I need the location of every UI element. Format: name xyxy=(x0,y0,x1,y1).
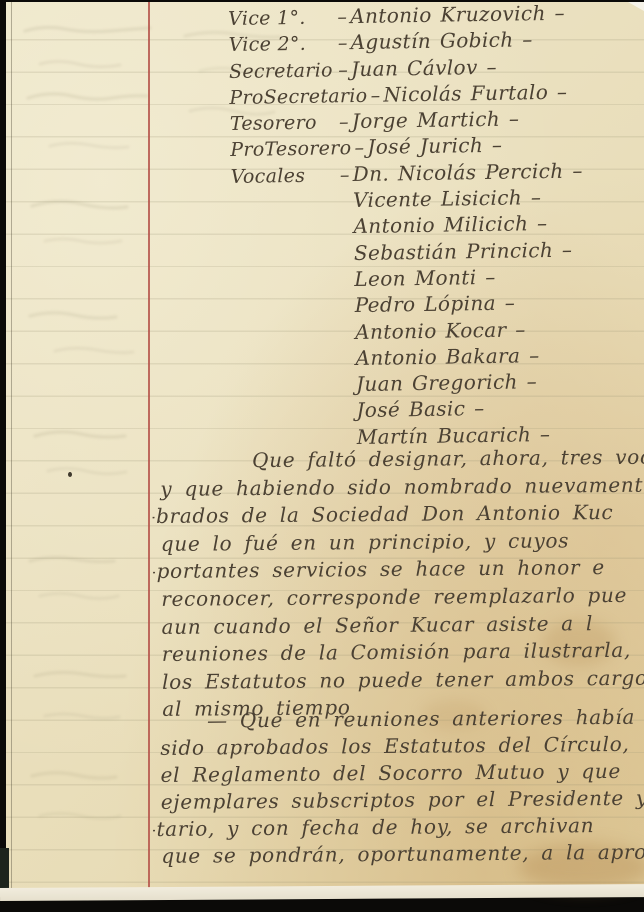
officer-role: ProSecretario xyxy=(229,85,367,109)
paragraph-line: los Estatutos no puede tener ambos cargo xyxy=(162,664,644,696)
spacer xyxy=(232,260,338,262)
vocal-name: Juan Gregorich – xyxy=(356,369,537,396)
role-name-separator: – xyxy=(334,6,350,28)
spacer xyxy=(234,365,340,367)
officer-name: Antonio Kruzovich – xyxy=(350,1,565,28)
role-name-separator: – xyxy=(351,137,367,159)
officer-role: Vocales xyxy=(231,164,337,188)
officer-name: José Jurich – xyxy=(367,133,502,159)
officer-role: Vice 2°. xyxy=(228,33,334,57)
officer-role: Tesorero xyxy=(230,112,336,136)
role-name-separator: – xyxy=(335,59,351,81)
ink-speck xyxy=(68,472,72,477)
paragraph-line: sido aprobados los Estatutos del Círculo… xyxy=(160,731,644,762)
spacer xyxy=(232,286,338,288)
spacer xyxy=(234,391,340,393)
officer-role: ProTesorero xyxy=(230,138,351,162)
paragraph-line: aun cuando el Señor Kucar asiste a l xyxy=(161,609,644,641)
officer-name: Agustín Gobich – xyxy=(350,28,532,55)
vocal-name: Antonio Kocar – xyxy=(355,317,526,344)
manuscript-scan: Vice 1°. – Antonio Kruzovich – Vice 2°. … xyxy=(0,0,644,912)
officer-name: Juan Cávlov – xyxy=(351,54,497,80)
officer-role: Vice 1°. xyxy=(228,6,334,30)
officer-name: Jorge Martich – xyxy=(352,107,520,134)
spacer xyxy=(232,234,338,236)
paragraph-line: reconocer, corresponde reemplazarlo pue xyxy=(161,582,644,614)
page-bottom-edge xyxy=(0,884,644,901)
paragraph-line: — Que en reuniones anteriores había xyxy=(207,704,644,735)
spacer xyxy=(234,418,340,420)
vocal-name: José Basic – xyxy=(356,396,485,422)
role-name-separator: – xyxy=(367,84,383,106)
paragraph-line: -portantes servicios se hace un honor e xyxy=(152,554,644,586)
paragraph-line: y que habiendo sido nombrado nuevamente xyxy=(160,471,644,503)
paragraph-line: que lo fué en un principio, y cuyos xyxy=(161,526,644,558)
paragraph-line: -tario, y con fecha de hoy, se archivan xyxy=(152,812,644,843)
officer-name: Dn. Nicolás Percich – xyxy=(352,158,582,186)
red-margin-line xyxy=(148,2,150,890)
spacer xyxy=(233,313,339,315)
paragraph-line: Que faltó designar, ahora, tres voca xyxy=(252,444,644,475)
vocal-name: Sebastián Princich – xyxy=(354,237,573,264)
spacer xyxy=(235,444,341,446)
vocal-name: Antonio Bakara – xyxy=(355,343,539,370)
binding-edge xyxy=(0,848,9,890)
officers-list: Vice 1°. – Antonio Kruzovich – Vice 2°. … xyxy=(228,0,644,453)
vocal-name: Leon Monti – xyxy=(354,265,496,291)
underpage-edge xyxy=(11,2,12,890)
vocal-name: Pedro Lópina – xyxy=(355,291,516,318)
paragraph-line: -brados de la Sociedad Don Antonio Kuc xyxy=(152,499,644,531)
role-name-separator: – xyxy=(334,32,350,54)
role-name-separator: – xyxy=(336,111,352,133)
paragraph-line: ejemplares subscriptos por el Presidente… xyxy=(161,785,644,816)
spacer xyxy=(233,339,339,341)
vocal-name: Vicente Lisicich – xyxy=(353,185,542,212)
vocal-name: Antonio Milicich – xyxy=(353,211,547,238)
officer-name: Nicolás Furtalo – xyxy=(383,80,567,107)
paragraph-2: — Que en reuniones anteriores había sido… xyxy=(152,704,644,870)
paragraph-line: el Reglamento del Socorro Mutuo y que xyxy=(160,758,644,789)
paragraph-line: reuniones de la Comisión para ilustrarla… xyxy=(162,637,644,669)
role-name-separator: – xyxy=(336,164,352,186)
paragraph-1: Que faltó designar, ahora, tres voca y q… xyxy=(152,444,644,724)
officer-role: Secretario xyxy=(229,59,335,83)
paragraph-line: que se pondrán, oportunamente, a la apro xyxy=(161,839,644,870)
spacer xyxy=(231,207,337,209)
